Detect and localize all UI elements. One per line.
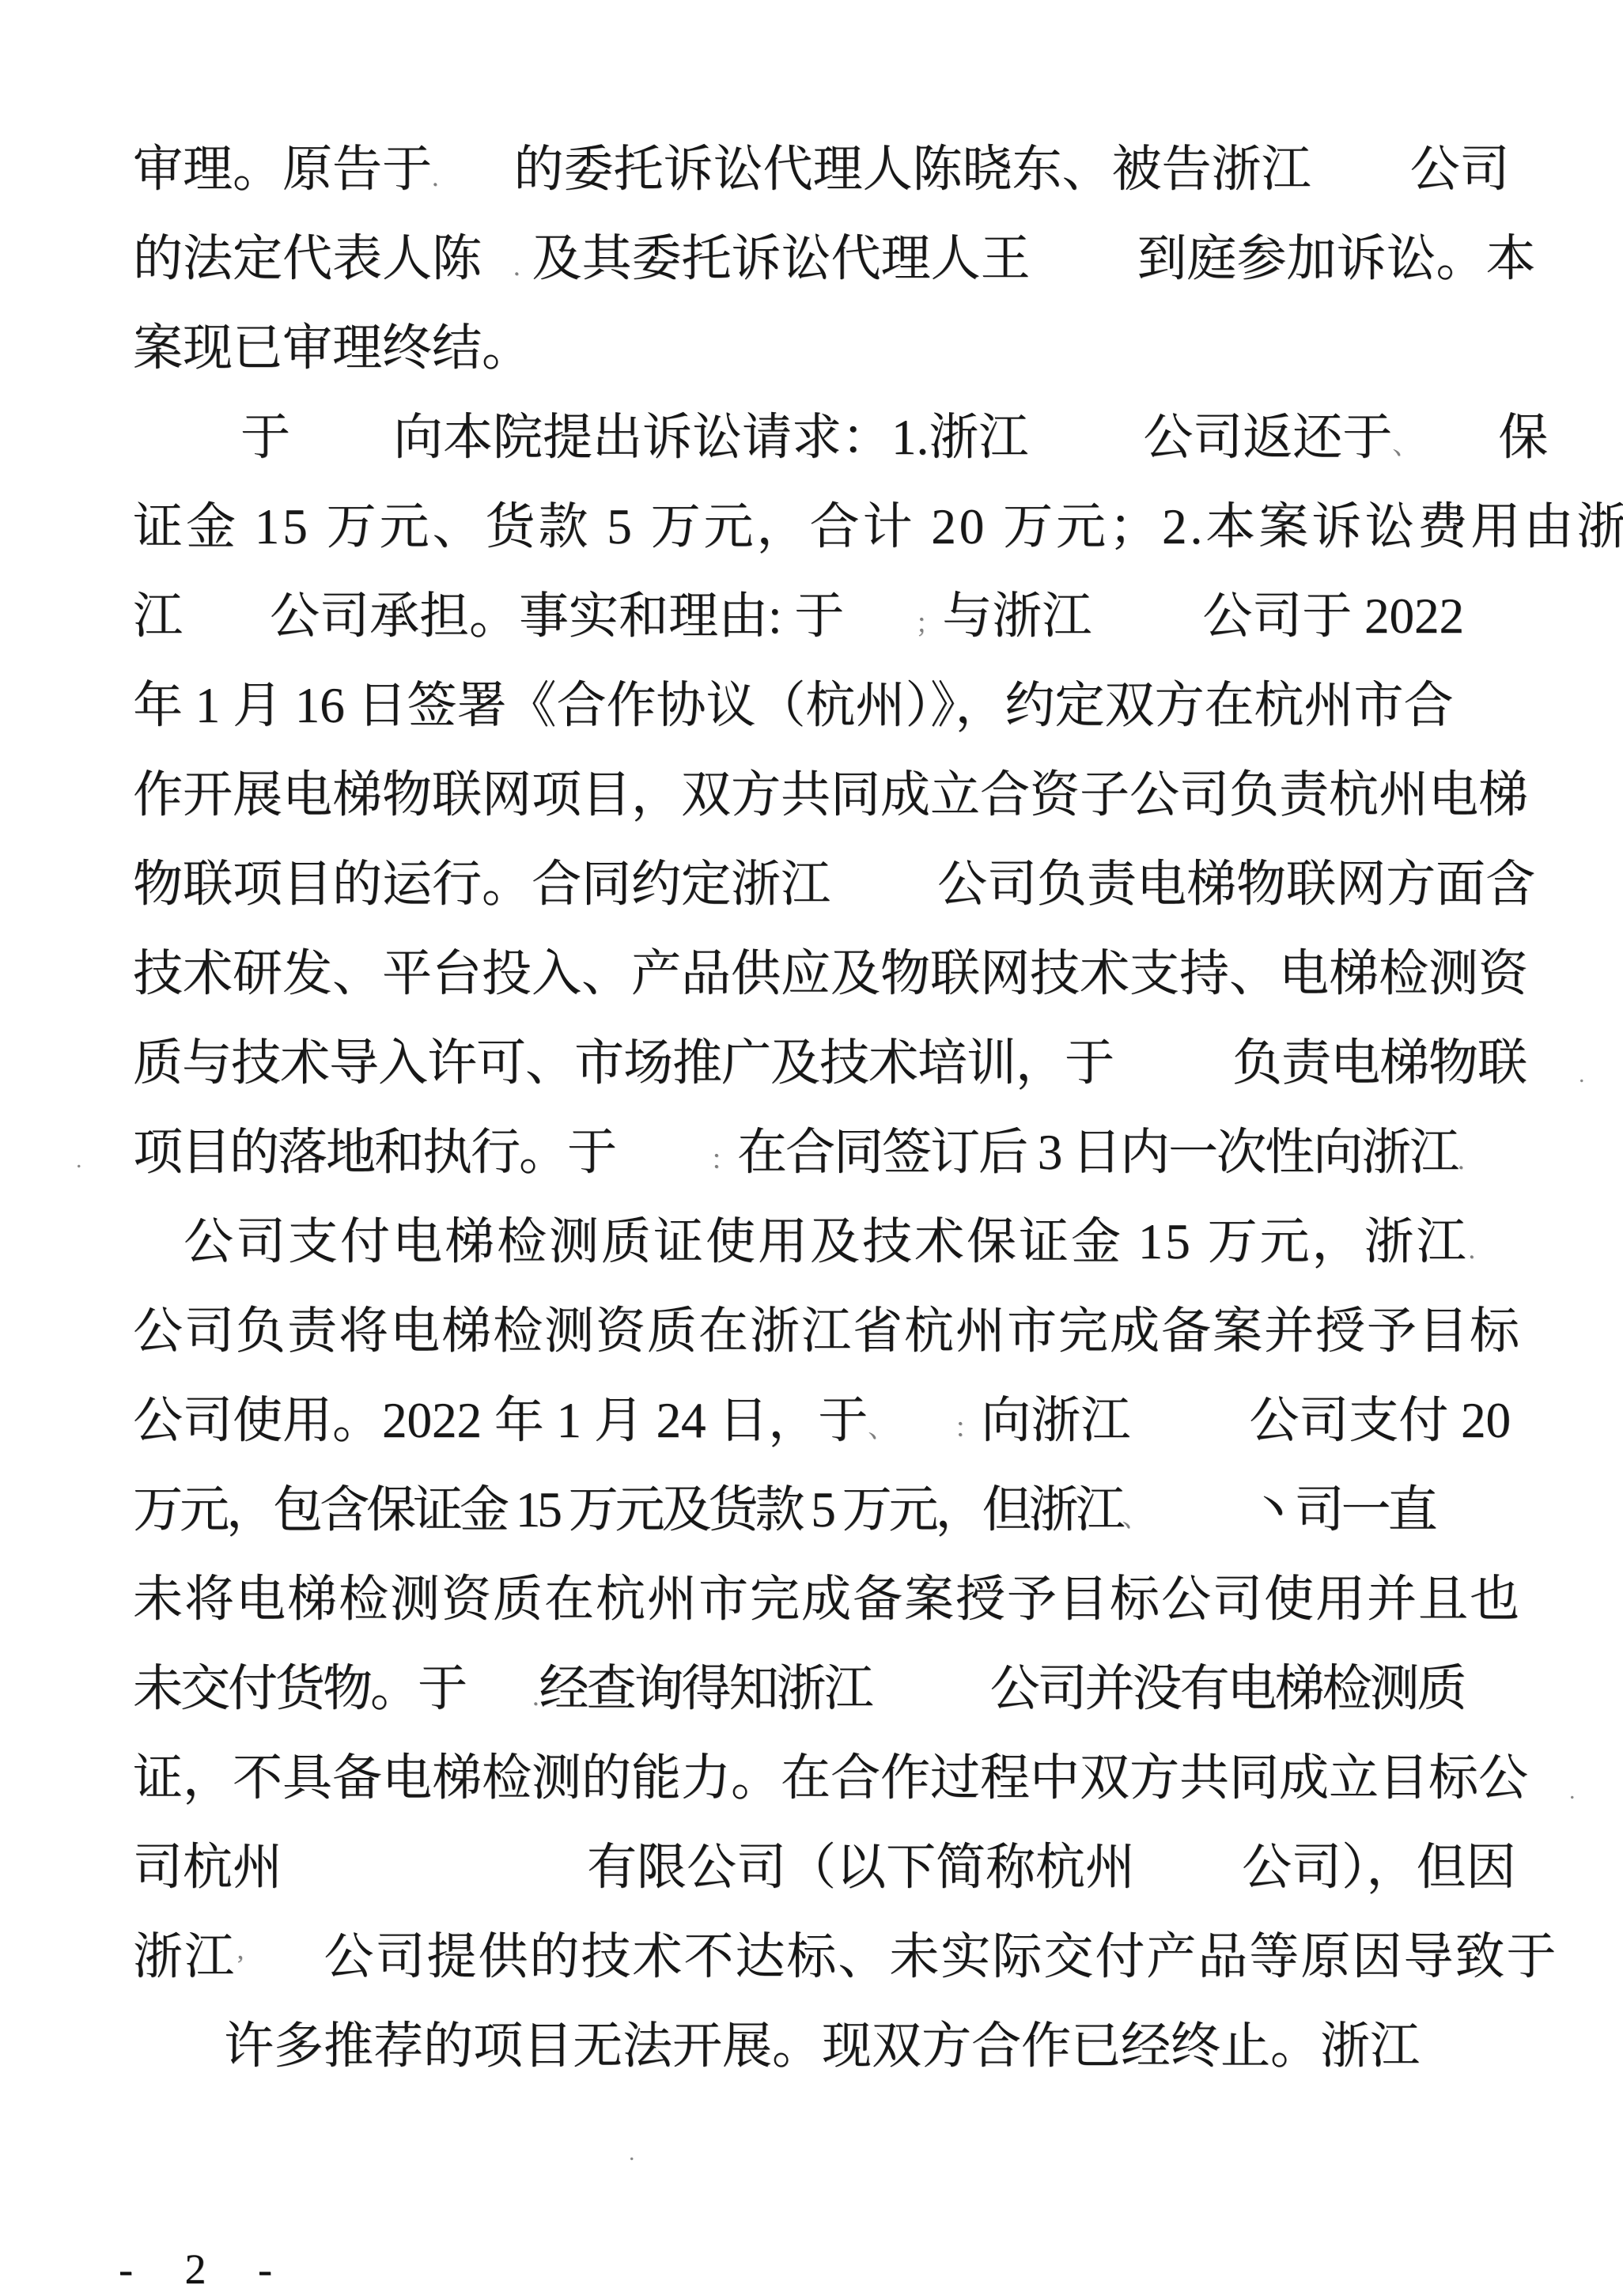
text-segment: 公司负责电梯物联网方面含: [937, 857, 1535, 912]
redaction-gap: [872, 1702, 990, 1705]
text-segment: 物联项目的运行。合同约定浙江: [133, 857, 830, 912]
text-segment: 公司于 2022: [1202, 588, 1464, 644]
text-line: 公司使用。2022 年 1 月 24 日，于、：向浙江公司支付 20: [133, 1393, 1511, 1457]
document-page: 审理。原告于.的委托诉讼代理人陈晓东、被告浙江公司的法定代表人陈.及其委托诉讼代…: [0, 0, 1623, 2296]
scan-mark: .: [532, 1682, 539, 1712]
redaction-gap: [895, 1434, 954, 1437]
text-segment: 保: [1498, 410, 1548, 465]
text-segment: 到庭参加诉讼。本: [1137, 231, 1536, 286]
scan-mark: 、: [868, 1414, 895, 1443]
text-segment: 作开展电梯物联网项目，双方共同成立合资子公司负责杭州电梯: [133, 767, 1528, 823]
text-segment: 向本院提出诉讼请求：1.浙江: [393, 410, 1028, 465]
text-segment: 浙江: [133, 1929, 236, 1984]
scan-mark: 、: [1392, 431, 1419, 460]
page-number: - 2 -: [119, 2245, 293, 2294]
text-segment: 公司返还于: [1143, 410, 1392, 465]
text-segment: 公司），但因: [1242, 1840, 1516, 1895]
redaction-gap: [1114, 1076, 1232, 1080]
redaction-gap: [615, 1166, 710, 1169]
text-line: 物联项目的运行。合同约定浙江公司负责电梯物联网方面含: [133, 857, 1535, 912]
text-segment: 及其委托诉讼代理人王: [532, 231, 1031, 286]
text-line: 万元，包含保证金 15 万元及货款 5 万元，但浙江、丶司一直: [133, 1482, 1435, 1546]
text-segment: 公司负责将电梯检测资质在浙江省杭州市完成备案并授予目标: [133, 1303, 1521, 1359]
scan-mark: ’: [236, 1950, 244, 1980]
text-segment: 未交付货物。于: [133, 1661, 465, 1716]
scan-artifact: .: [629, 2139, 635, 2166]
text-segment: 的法定代表人陈: [133, 231, 482, 286]
scan-mark: .: [432, 163, 439, 192]
text-segment: 丶司一直: [1248, 1482, 1435, 1538]
redaction-gap: [844, 630, 915, 633]
scan-artifact: .: [1579, 1061, 1585, 1088]
scan-mark: 、: [1122, 1504, 1149, 1533]
text-segment: 许多推荐的项目无法开展。现双方合作已经终止。浙江: [224, 2018, 1420, 2074]
text-segment: 公司: [1410, 142, 1510, 197]
redaction-gap: [830, 898, 937, 901]
scan-artifact: .: [1569, 1778, 1576, 1805]
text-line: 证金 15 万元、货款 5 万元，合计 20 万元；2.本案诉讼费用由浙: [133, 499, 1623, 554]
redaction-gap: [482, 272, 513, 275]
redaction-gap: [1028, 451, 1143, 454]
text-segment: 向浙江: [981, 1393, 1130, 1448]
text-line: 审理。原告于.的委托诉讼代理人陈晓东、被告浙江公司: [133, 142, 1510, 206]
text-segment: 证，不具备电梯检测的能力。在合作过程中双方共同成立目标公: [133, 1750, 1528, 1806]
text-line: 年 1 月 16 日签署《合作协议（杭州）》，约定双方在杭州市合: [133, 678, 1454, 733]
redaction-gap: [1130, 1434, 1249, 1437]
text-segment: 案现已审理终结。: [133, 320, 532, 376]
redaction-gap: [244, 1970, 323, 1973]
text-line: 司杭州有限公司（以下简称杭州公司），但因: [133, 1840, 1516, 1895]
text-segment: 公司承担。事实和理由: 于: [270, 588, 844, 644]
text-line: 公司支付电梯检测质证使用及技术保证金 15 万元，浙江.: [183, 1214, 1475, 1278]
text-segment: 公司并没有电梯检测质: [990, 1661, 1465, 1716]
scan-mark: .: [1458, 1146, 1465, 1175]
scan-mark: ；: [915, 610, 942, 639]
redaction-gap: [1031, 272, 1137, 275]
text-segment: 证金 15 万元、货款 5 万元，合计 20 万元；2.本案诉讼费用由浙: [133, 499, 1623, 554]
redaction-gap: [1091, 630, 1202, 633]
redaction-gap: [282, 1881, 587, 1884]
text-line: 质与技术导入许可、市场推广及技术培训，于负责电梯物联: [133, 1035, 1527, 1091]
text-segment: 江: [133, 588, 183, 644]
text-line: 浙江’公司提供的技术不达标、未实际交付产品等原因导致于: [133, 1929, 1557, 1993]
text-segment: 万元，包含保证金 15 万元及货款 5 万元，但浙江: [133, 1482, 1122, 1538]
text-segment: 未将电梯检测资质在杭州市完成备案授予目标公司使用并且也: [133, 1572, 1521, 1627]
text-segment: 年 1 月 16 日签署《合作协议（杭州）》，约定双方在杭州市合: [133, 678, 1454, 733]
redaction-gap: [1149, 1523, 1248, 1526]
redaction-gap: [1311, 183, 1410, 186]
scan-mark: ：: [954, 1414, 981, 1443]
redaction-gap: [183, 630, 270, 633]
scan-mark: .: [1469, 1235, 1476, 1265]
text-segment: 质与技术导入许可、市场推广及技术培训，于: [133, 1035, 1114, 1091]
text-line: 未交付货物。于.经查询得知浙江公司并没有电梯检测质: [133, 1661, 1465, 1725]
text-line: 证，不具备电梯检测的能力。在合作过程中双方共同成立目标公: [133, 1750, 1528, 1806]
text-segment: 审理。原告于: [133, 142, 432, 197]
text-segment: 经查询得知浙江: [539, 1661, 872, 1716]
scan-mark: ：: [710, 1146, 737, 1175]
text-line: 许多推荐的项目无法开展。现双方合作已经终止。浙江: [224, 2018, 1420, 2074]
text-segment: 公司使用。2022 年 1 月 24 日，于: [133, 1393, 868, 1448]
text-segment: 公司提供的技术不达标、未实际交付产品等原因导致于: [323, 1929, 1557, 1984]
redaction-gap: [465, 1702, 532, 1705]
redaction-gap: [1419, 451, 1498, 454]
text-segment: 司杭州: [133, 1840, 282, 1895]
text-line: 于向本院提出诉讼请求：1.浙江公司返还于、保: [240, 410, 1548, 474]
redaction-gap: [439, 183, 514, 186]
text-line: 案现已审理终结。: [133, 320, 532, 376]
text-line: 技术研发、平台投入、产品供应及物联网技术支持、电梯检测资: [133, 946, 1528, 1001]
text-segment: 于: [240, 410, 290, 465]
text-segment: 公司支付 20: [1249, 1393, 1511, 1448]
text-line: 作开展电梯物联网项目，双方共同成立合资子公司负责杭州电梯: [133, 767, 1528, 823]
text-layer: 审理。原告于.的委托诉讼代理人陈晓东、被告浙江公司的法定代表人陈.及其委托诉讼代…: [0, 0, 1623, 2296]
text-segment: 在合同签订后 3 日内一次性向浙江: [737, 1125, 1458, 1180]
text-line: 的法定代表人陈.及其委托诉讼代理人王到庭参加诉讼。本: [133, 231, 1536, 295]
text-segment: 有限公司（以下简称杭州: [587, 1840, 1135, 1895]
text-line: 项目的落地和执行。于：在合同签订后 3 日内一次性向浙江.: [133, 1125, 1465, 1189]
text-segment: 的委托诉讼代理人陈晓东、被告浙江: [514, 142, 1311, 197]
redaction-gap: [520, 272, 532, 275]
redaction-gap: [290, 451, 393, 454]
text-segment: 与浙江: [942, 588, 1091, 644]
text-line: 江公司承担。事实和理由: 于；与浙江公司于 2022: [133, 588, 1464, 652]
text-segment: 负责电梯物联: [1232, 1035, 1527, 1091]
redaction-gap: [1135, 1881, 1242, 1884]
text-line: 公司负责将电梯检测资质在浙江省杭州市完成备案并授予目标: [133, 1303, 1521, 1359]
scan-mark: .: [513, 252, 520, 282]
text-segment: 技术研发、平台投入、产品供应及物联网技术支持、电梯检测资: [133, 946, 1528, 1001]
text-segment: 公司支付电梯检测质证使用及技术保证金 15 万元，浙江: [183, 1214, 1469, 1269]
text-segment: 项目的落地和执行。于: [133, 1125, 615, 1180]
text-line: 未将电梯检测资质在杭州市完成备案授予目标公司使用并且也: [133, 1572, 1521, 1627]
scan-artifact: .: [76, 1147, 82, 1174]
